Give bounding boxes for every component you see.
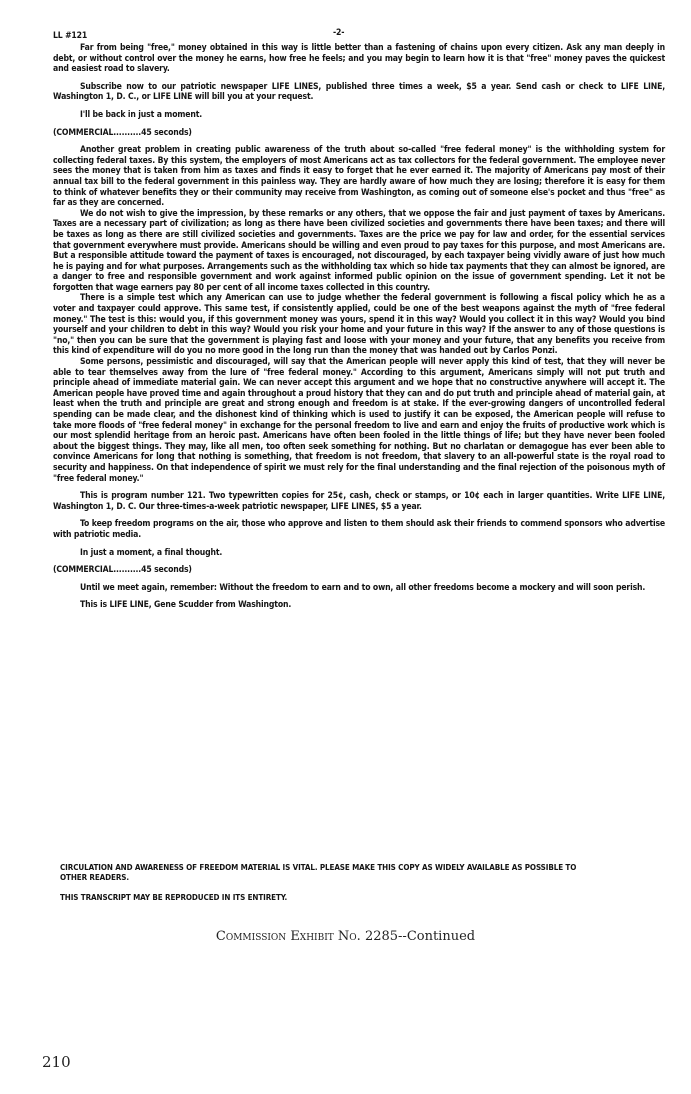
page-number: 210 — [42, 1053, 71, 1071]
paragraph-taxes: We do not wish to give the impression, b… — [53, 209, 665, 294]
circulation-text: CIRCULATION AND AWARENESS OF FREEDOM MAT… — [60, 863, 580, 882]
paragraph-free-money-chains: Far from being "free," money obtained in… — [53, 43, 665, 75]
page-header: LL #121 -2- — [53, 31, 653, 43]
paragraph-program-number: This is program number 121. Two typewrit… — [53, 491, 665, 512]
paragraph-be-back: I'll be back in just a moment. — [53, 110, 665, 121]
commercial-break: (COMMERCIAL..........45 seconds) — [53, 565, 665, 576]
paragraph-until-we-meet: Until we meet again, remember: Without t… — [53, 583, 665, 594]
page-marker: -2- — [333, 28, 344, 38]
paragraph-keep-freedom: To keep freedom programs on the air, tho… — [53, 519, 665, 540]
exhibit-caption: Commission Exhibit No. 2285--Continued — [0, 929, 691, 944]
commercial-break: (COMMERCIAL..........45 seconds) — [53, 128, 665, 139]
exhibit-suffix: --Continued — [398, 929, 475, 944]
document-page: LL #121 -2- Far from being "free," money… — [0, 0, 691, 1094]
document-id: LL #121 — [53, 31, 87, 41]
paragraph-withholding: Another great problem in creating public… — [53, 145, 665, 209]
exhibit-label: Commission Exhibit No. 2285 — [216, 929, 398, 944]
transcript-body: Far from being "free," money obtained in… — [53, 43, 665, 611]
paragraph-simple-test: There is a simple test which any America… — [53, 293, 665, 357]
paragraph-final-thought: In just a moment, a final thought. — [53, 548, 665, 559]
circulation-notice: CIRCULATION AND AWARENESS OF FREEDOM MAT… — [60, 863, 580, 903]
paragraph-sign-off: This is LIFE LINE, Gene Scudder from Was… — [53, 600, 665, 611]
paragraph-pessimistic: Some persons, pessimistic and discourage… — [53, 357, 665, 484]
paragraph-subscribe: Subscribe now to our patriotic newspaper… — [53, 82, 665, 103]
reproduction-text: THIS TRANSCRIPT MAY BE REPRODUCED IN ITS… — [60, 893, 580, 903]
